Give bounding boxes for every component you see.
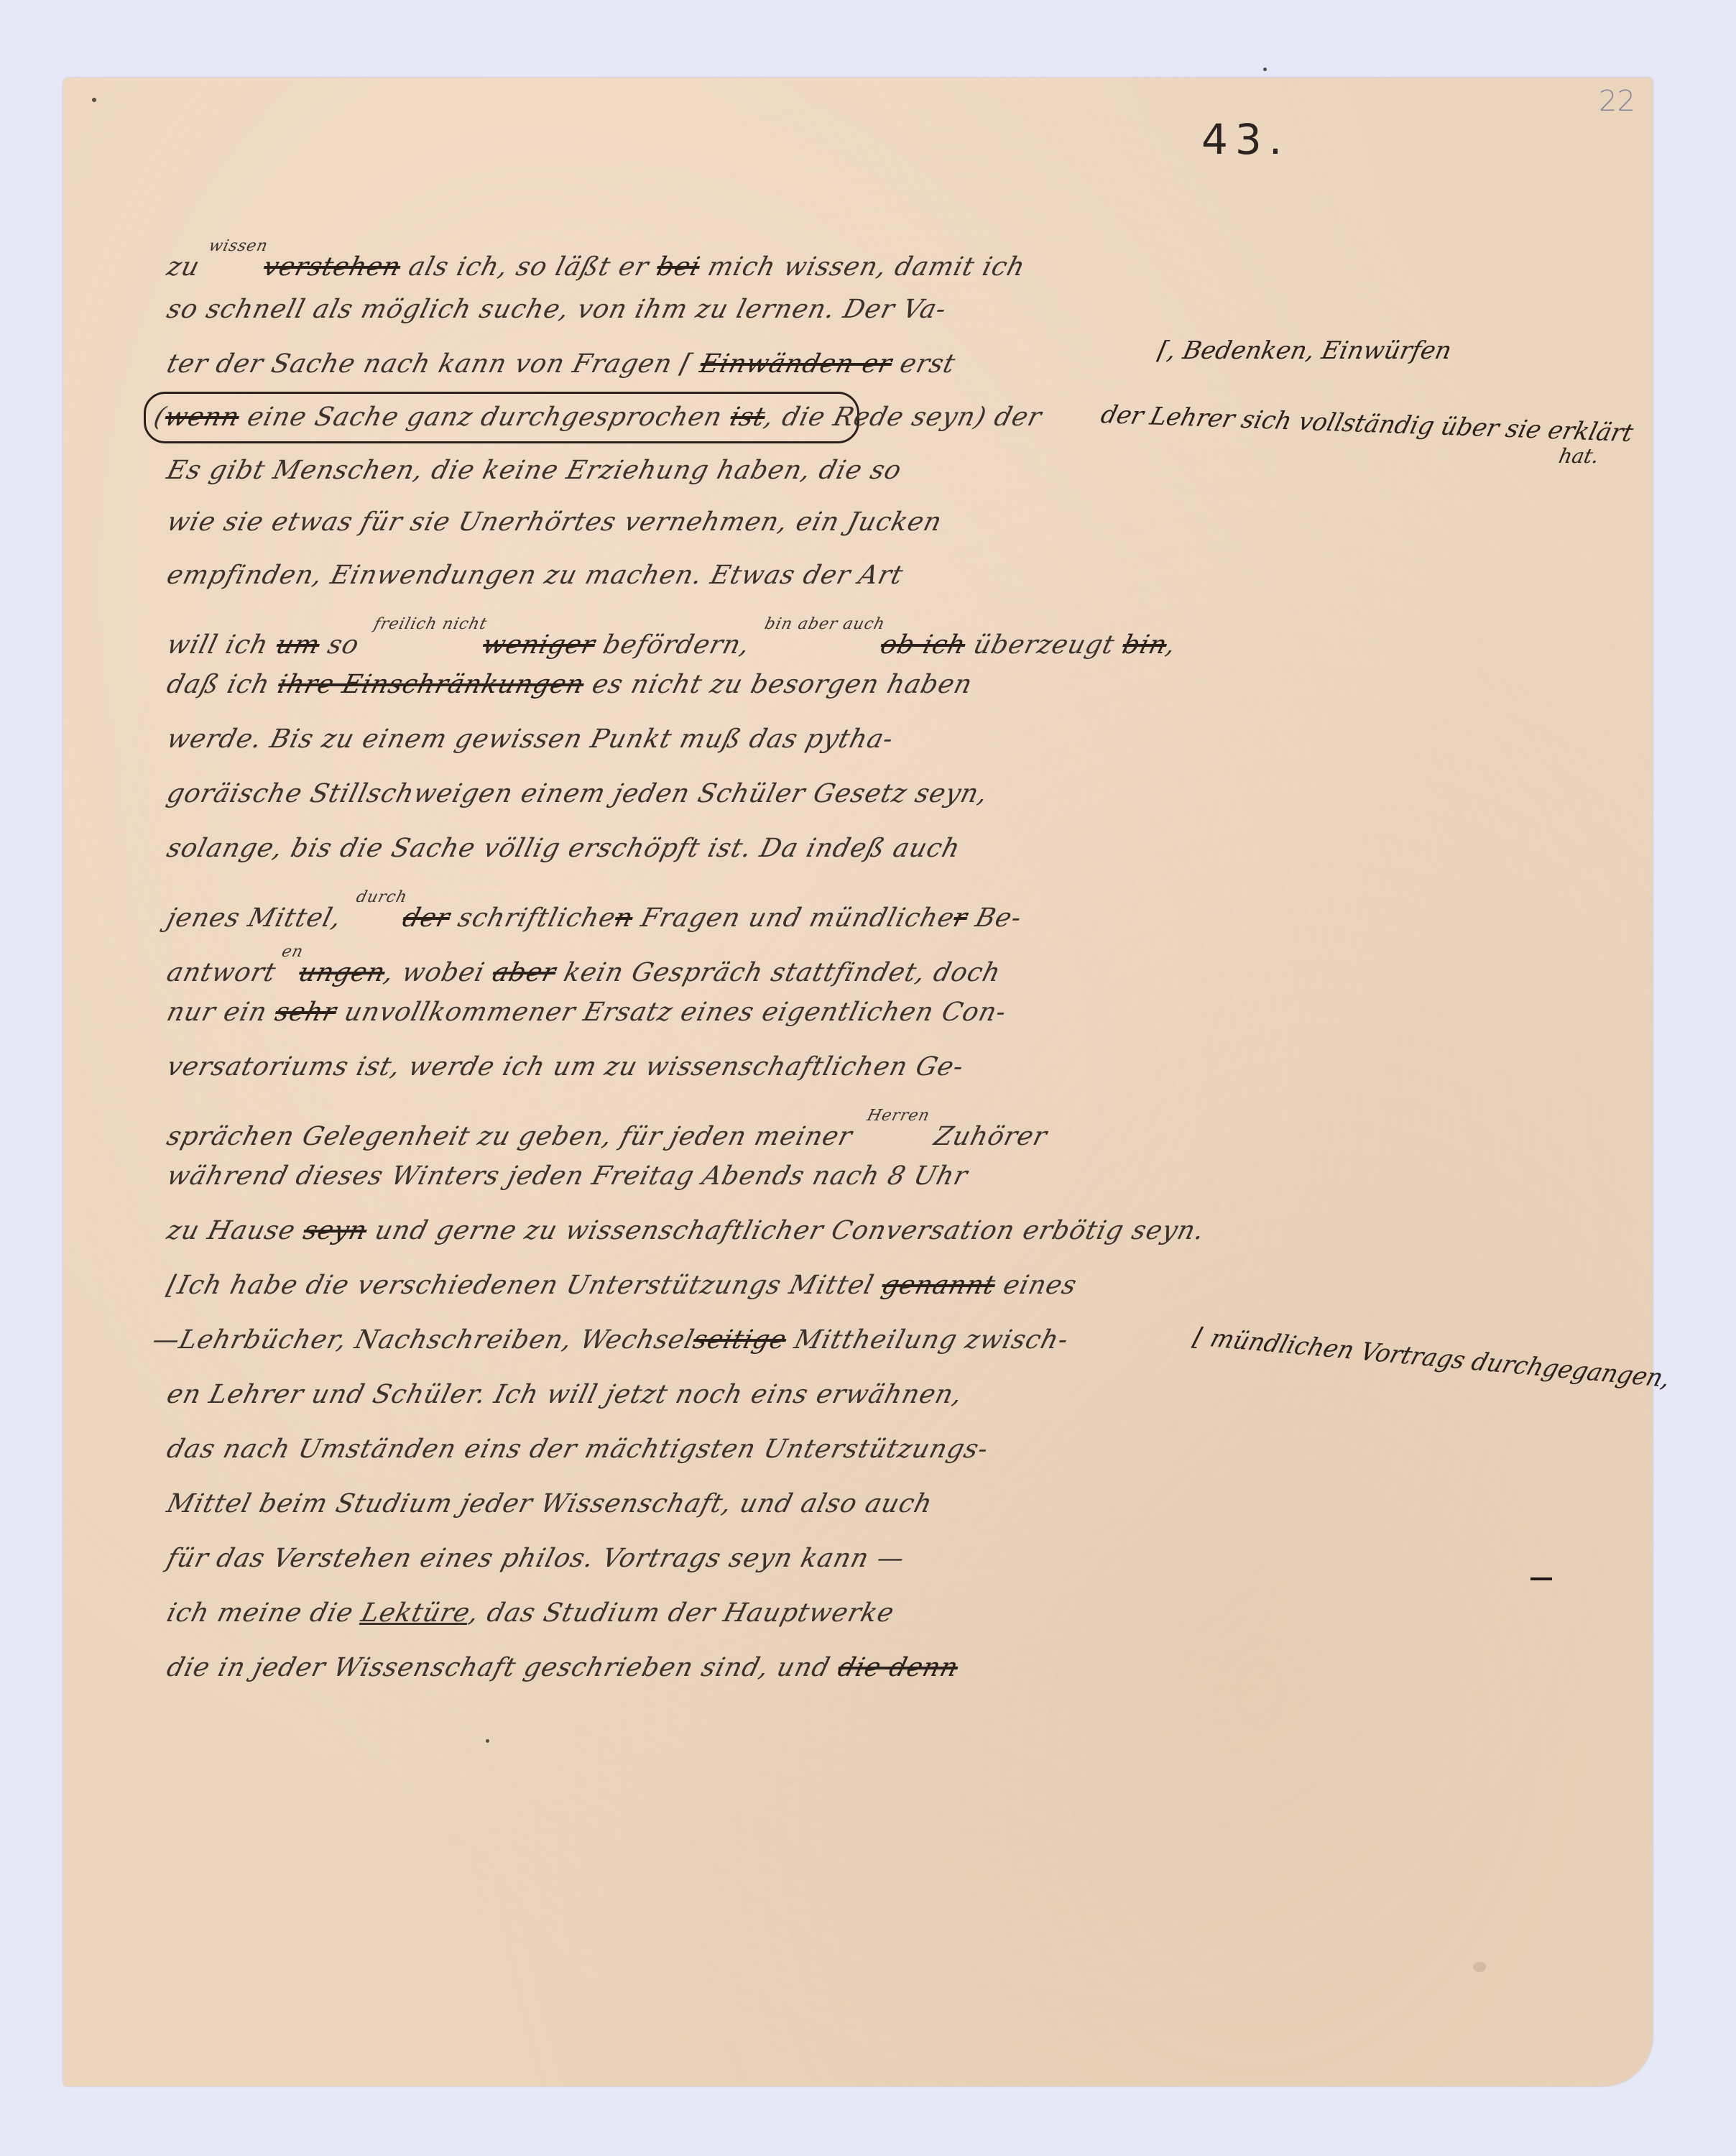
- text-run: —Lehrbücher, Nachschreiben, Wechsel: [149, 1325, 697, 1355]
- text-run: versatoriums ist, werde ich um zu wissen…: [164, 1052, 967, 1082]
- deletion: seyn: [300, 1216, 371, 1245]
- text-run: werde. Bis zu einem gewissen Punkt muß d…: [164, 724, 897, 754]
- text-run: solange, bis die Sache völlig erschöpft …: [164, 834, 964, 863]
- deletion: der: [400, 903, 453, 933]
- text-run: die in jeder Wissenschaft geschrieben si…: [164, 1653, 842, 1682]
- deletion: ob ich: [877, 630, 969, 660]
- text-run: , wobei: [381, 958, 497, 987]
- text-run: zu: [164, 252, 212, 282]
- manuscript-line-10: werde. Bis zu einem gewissen Punkt muß d…: [164, 724, 897, 754]
- text-run: sprächen Gelegenheit zu geben, für jeden…: [164, 1122, 864, 1151]
- text-run: so schnell als möglich suche, von ihm zu…: [164, 295, 950, 324]
- deletion: Einwänden er: [697, 349, 895, 379]
- manuscript-line-20: ⌊Ich habe die verschiedenen Unterstützun…: [164, 1271, 1080, 1300]
- manuscript-line-16: versatoriums ist, werde ich um zu wissen…: [164, 1052, 967, 1082]
- deletion: aber: [489, 958, 559, 987]
- text-run: Zuhörer: [922, 1122, 1050, 1151]
- text-run: erst: [888, 349, 959, 379]
- manuscript-line-11: goräische Stillschweigen einem jeden Sch…: [164, 779, 991, 808]
- text-run: und gerne zu wissenschaftlicher Conversa…: [363, 1216, 1208, 1245]
- text-run: antwort: [164, 958, 280, 987]
- text-run: eine Sache ganz durchgesprochen: [236, 402, 735, 432]
- text-run: unvollkommener Ersatz eines eigentlichen…: [333, 998, 1010, 1027]
- manuscript-line-2: so schnell als möglich suche, von ihm zu…: [164, 295, 950, 324]
- manuscript-line-25: für das Verstehen eines philos. Vortrags…: [164, 1544, 908, 1573]
- margin-note-insertion-2-cont: hat.: [1556, 444, 1601, 468]
- deletion: verstehen: [260, 252, 404, 282]
- margin-note-insertion-1: ⌈, Bedenken, Einwürfen: [1155, 336, 1454, 365]
- text-run: eines: [992, 1271, 1080, 1300]
- text-run: so: [315, 630, 371, 660]
- text-run: Be-: [964, 903, 1025, 933]
- ink-speck: [486, 1739, 489, 1743]
- text-run: empfinden, Einwendungen zu machen. Etwas…: [164, 561, 906, 590]
- underlined-word: Lektüre: [359, 1598, 474, 1628]
- text-run: zu Hause: [164, 1216, 308, 1245]
- text-run: ⌊Ich habe die verschiedenen Unterstützun…: [164, 1271, 886, 1300]
- text-run: en Lehrer und Schüler. Ich will jetzt no…: [164, 1380, 966, 1409]
- deletion: ungen: [295, 958, 388, 987]
- text-run: mich wissen, damit ich: [696, 252, 1028, 282]
- text-run: für das Verstehen eines philos. Vortrags…: [164, 1544, 908, 1573]
- deletion: sehr: [272, 998, 339, 1027]
- archival-folio-number: 22: [1599, 85, 1635, 118]
- text-run: daß ich: [164, 670, 282, 699]
- text-run: will ich: [164, 630, 280, 660]
- manuscript-line-15: nur ein sehr unvollkommener Ersatz eines…: [164, 998, 1010, 1027]
- manuscript-line-18: während dieses Winters jeden Freitag Abe…: [164, 1161, 971, 1191]
- text-run: Es gibt Menschen, die keine Erziehung ha…: [164, 456, 905, 485]
- manuscript-line-22: en Lehrer und Schüler. Ich will jetzt no…: [164, 1380, 966, 1409]
- ink-speck: [92, 98, 96, 102]
- text-run: kein Gespräch stattfindet, doch: [552, 958, 1004, 987]
- text-run: Mittel beim Studium jeder Wissenschaft, …: [164, 1489, 936, 1519]
- manuscript-line-13: jenes Mittel, durchder schriftlichen Fra…: [164, 888, 1029, 933]
- deletion: seitige: [690, 1325, 790, 1355]
- manuscript-line-21: —Lehrbücher, Nachschreiben, Wechselseiti…: [149, 1325, 1072, 1355]
- deletion: wenn: [162, 402, 243, 432]
- manuscript-line-7: empfinden, Einwendungen zu machen. Etwas…: [164, 561, 906, 590]
- manuscript-line-19: zu Hause seyn und gerne zu wissenschaftl…: [164, 1216, 1208, 1245]
- deletion: weniger: [479, 630, 599, 660]
- insertion: Herren: [865, 1107, 932, 1125]
- paper-stain: [1473, 1962, 1486, 1972]
- page-number: 43.: [1201, 115, 1289, 164]
- text-run: goräische Stillschweigen einem jeden Sch…: [164, 779, 991, 808]
- manuscript-line-9: daß ich ihre Einschränkungen es nicht zu…: [164, 670, 976, 699]
- text-run: als ich, so läßt er: [397, 252, 661, 282]
- text-run: es nicht zu besorgen haben: [580, 670, 975, 699]
- text-run: Fragen und mündliche: [629, 903, 957, 933]
- manuscript-line-4: (wenn eine Sache ganz durchgesprochen is…: [151, 402, 1045, 432]
- text-run: , das Studium der Hauptwerke: [466, 1598, 897, 1628]
- manuscript-line-6: wie sie etwas für sie Unerhörtes vernehm…: [164, 507, 945, 537]
- text-run: das nach Umständen eins der mächtigsten …: [164, 1434, 992, 1464]
- text-run: überzeugt: [961, 630, 1127, 660]
- manuscript-line-8: will ich um so freilich nichtweniger bef…: [164, 615, 1183, 660]
- manuscript-line-14: antwortenungen, wobei aber kein Gespräch…: [164, 943, 1007, 987]
- manuscript-line-3: ter der Sache nach kann von Fragen ⌈ Ein…: [164, 349, 959, 379]
- manuscript-line-27: die in jeder Wissenschaft geschrieben si…: [164, 1653, 961, 1682]
- text-run: ich meine die: [164, 1598, 366, 1628]
- text-run: jenes Mittel,: [164, 903, 354, 933]
- ink-speck: [1263, 68, 1267, 71]
- text-run: , die Rede seyn) der: [761, 402, 1045, 432]
- manuscript-line-17: sprächen Gelegenheit zu geben, für jeden…: [164, 1107, 1054, 1151]
- manuscript-line-12: solange, bis die Sache völlig erschöpft …: [164, 834, 964, 863]
- insertion: en: [280, 943, 305, 961]
- text-run: ter der Sache nach kann von Fragen ⌈: [164, 349, 704, 379]
- deletion: um: [273, 630, 323, 660]
- insertion: wissen: [207, 237, 270, 255]
- manuscript-line-5: Es gibt Menschen, die keine Erziehung ha…: [164, 456, 905, 485]
- insertion: freilich nicht: [372, 615, 489, 633]
- text-run: schriftliche: [446, 903, 619, 933]
- manuscript-line-23: das nach Umständen eins der mächtigsten …: [164, 1434, 992, 1464]
- insertion-mark: [1530, 1577, 1552, 1580]
- deletion: bin: [1119, 630, 1171, 660]
- text-run: wie sie etwas für sie Unerhörtes vernehm…: [164, 507, 945, 537]
- manuscript-page: [63, 78, 1653, 2086]
- deletion: genannt: [879, 1271, 999, 1300]
- text-run: nur ein: [164, 998, 280, 1027]
- manuscript-line-1: zu wissenverstehen als ich, so läßt er b…: [164, 237, 1032, 282]
- text-run: Mittheilung zwisch-: [782, 1325, 1072, 1355]
- manuscript-line-24: Mittel beim Studium jeder Wissenschaft, …: [164, 1489, 936, 1519]
- manuscript-line-26: ich meine die Lektüre, das Studium der H…: [164, 1598, 897, 1628]
- insertion: bin aber auch: [763, 615, 887, 633]
- text-run: während dieses Winters jeden Freitag Abe…: [164, 1161, 971, 1191]
- text-run: befördern,: [591, 630, 762, 660]
- deletion: die denn: [835, 1653, 961, 1682]
- insertion: durch: [354, 888, 409, 906]
- deletion: ihre Einschränkungen: [274, 670, 587, 699]
